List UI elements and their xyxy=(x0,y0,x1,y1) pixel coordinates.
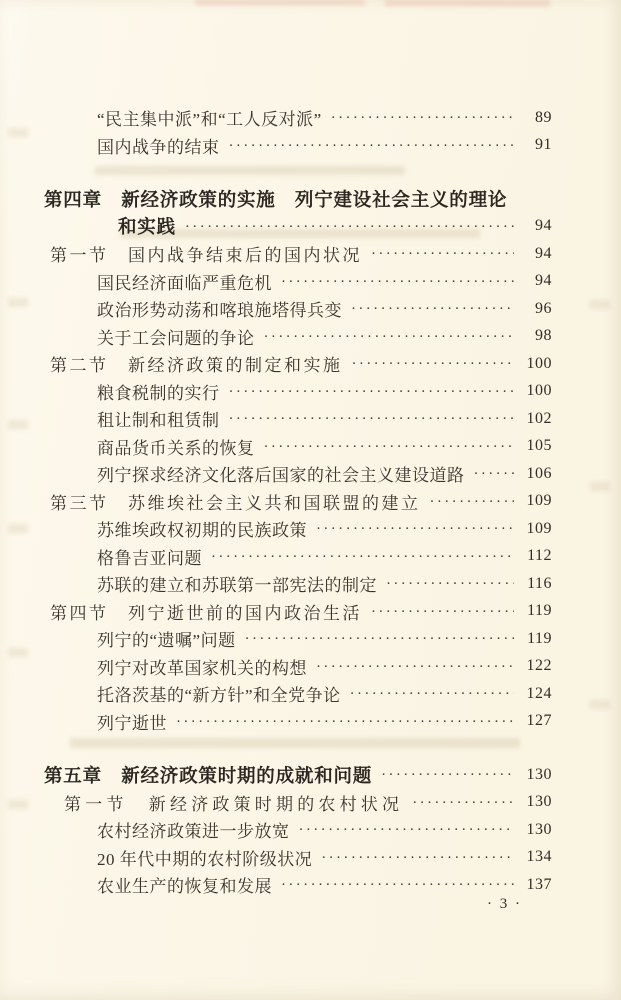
toc-entry-page: 94 xyxy=(522,272,552,290)
dot-leader: ········································… xyxy=(264,329,515,346)
toc-entry-title: 第五章 新经济政策时期的成就和问题 xyxy=(44,762,372,788)
dot-leader: ········································… xyxy=(350,686,514,703)
toc-row: “民主集中派”和“工人反对派” ························… xyxy=(0,104,621,132)
dot-leader: ········································… xyxy=(229,138,515,155)
toc-entry-page: 109 xyxy=(522,492,552,510)
toc-row: 第三节 苏维埃社会主义共和国联盟的建立 ····················… xyxy=(0,488,621,516)
toc-row: 第五章 新经济政策时期的成就和问题 ······················… xyxy=(0,761,621,789)
toc-entry-page: 122 xyxy=(522,657,552,675)
dot-leader: ········································… xyxy=(412,795,514,812)
dot-leader: ········································… xyxy=(386,576,514,593)
toc-row: 列宁逝世 ···································… xyxy=(0,708,621,736)
toc-entry-page: 94 xyxy=(522,217,552,235)
toc-entry-page: 112 xyxy=(522,547,552,565)
scanned-book-page: “民主集中派”和“工人反对派” ························… xyxy=(0,0,621,1000)
page-number: · 3 · xyxy=(487,896,522,912)
toc-entry-page: 106 xyxy=(522,465,552,483)
toc-row: 农村经济政策进一步放宽 ····························… xyxy=(0,816,621,844)
dot-leader: ········································… xyxy=(281,877,514,894)
toc-entry-title: “民主集中派”和“工人反对派” xyxy=(97,105,322,130)
toc-entry-title: 第四节 列宁逝世前的国内政治生活 xyxy=(50,599,362,624)
toc-entry-title: 列宁的“遗嘱”问题 xyxy=(97,626,236,651)
toc-entry-title: 列宁对改革国家机关的构想 xyxy=(97,654,307,679)
toc-row: 格鲁吉亚问题 ·································… xyxy=(0,543,621,571)
scan-artifact-top-left xyxy=(195,0,365,5)
toc-entry-title: 20 年代中期的农村阶级状况 xyxy=(97,845,312,870)
toc-entry-page: 130 xyxy=(522,793,552,811)
toc-entry-page: 98 xyxy=(522,327,552,345)
toc-row: 第二节 新经济政策的制定和实施 ························… xyxy=(0,350,621,378)
toc-entry-title: 粮食税制的实行 xyxy=(97,379,220,404)
toc-row: 粮食税制的实行 ································… xyxy=(0,378,621,406)
toc-row: 租让制和租赁制 ································… xyxy=(0,405,621,433)
toc-entry-title: 苏联的建立和苏联第一部宪法的制定 xyxy=(97,571,377,596)
dot-leader: ········································… xyxy=(371,604,514,621)
dot-leader: ········································… xyxy=(371,246,514,263)
dot-leader: ········································… xyxy=(316,521,514,538)
toc-entry-title: 第二节 新经济政策的制定和实施 xyxy=(50,351,343,376)
toc-entry-page: 102 xyxy=(522,410,552,428)
dot-leader: ········································… xyxy=(352,356,515,373)
toc-row: 商品货币关系的恢复 ······························… xyxy=(0,433,621,461)
toc-entry-title: 农业生产的恢复和发展 xyxy=(97,872,272,897)
toc-entry-title: 第一节 国内战争结束后的国内状况 xyxy=(50,241,362,266)
toc-entry-title: 政治形势动荡和喀琅施塔得兵变 xyxy=(97,296,342,321)
dot-leader: ········································… xyxy=(264,439,515,456)
toc-row: 列宁对改革国家机关的构想 ···························… xyxy=(0,653,621,681)
toc-entry-page: 127 xyxy=(522,712,552,730)
toc-entry-page: 130 xyxy=(522,766,552,784)
toc-entry-page: 109 xyxy=(522,520,552,538)
toc-entry-page: 89 xyxy=(522,109,552,127)
toc-entry-title: 托洛茨基的“新方针”和全党争论 xyxy=(97,681,341,706)
toc-entry-page: 137 xyxy=(522,876,552,894)
toc-entry-title: 苏维埃政权初期的民族政策 xyxy=(97,516,307,541)
toc-row: 第四章 新经济政策的实施 列宁建设社会主义的理论 xyxy=(0,185,621,213)
toc-entry-title: 第一节 新经济政策时期的农村状况 xyxy=(64,790,403,815)
toc-entry-title: 商品货币关系的恢复 xyxy=(97,434,255,459)
toc-row: 苏维埃政权初期的民族政策 ···························… xyxy=(0,515,621,543)
dot-leader: ········································… xyxy=(229,384,515,401)
toc-entry-page: 119 xyxy=(522,602,552,620)
dot-leader: ········································… xyxy=(316,659,514,676)
dot-leader: ········································… xyxy=(321,850,514,867)
toc-entry-page: 119 xyxy=(522,630,552,648)
toc-row: 农业生产的恢复和发展 ·····························… xyxy=(0,871,621,899)
toc-row: 关于工会问题的争论 ······························… xyxy=(0,323,621,351)
toc-row: 第一节 国内战争结束后的国内状况 ·······················… xyxy=(0,240,621,268)
toc-row: 和实践 ····································… xyxy=(0,213,621,241)
toc-row: 苏联的建立和苏联第一部宪法的制定 ·······················… xyxy=(0,570,621,598)
toc-entry-title: 第三节 苏维埃社会主义共和国联盟的建立 xyxy=(50,489,421,514)
dot-leader: ········································… xyxy=(351,301,514,318)
dot-leader: ········································… xyxy=(281,274,514,291)
toc-entry-title: 国内战争的结束 xyxy=(97,133,220,158)
dot-leader: ········································… xyxy=(229,411,515,428)
dot-leader: ········································… xyxy=(185,219,514,236)
toc-row: 第一节 新经济政策时期的农村状况 ·······················… xyxy=(0,789,621,817)
toc-entry-title: 和实践 xyxy=(118,213,176,239)
toc-row: 列宁探求经济文化落后国家的社会主义建设道路 ··················… xyxy=(0,460,621,488)
dot-leader: ········································… xyxy=(331,110,514,127)
toc-entry-title: 国民经济面临严重危机 xyxy=(97,269,272,294)
toc-entry-title: 第四章 新经济政策的实施 列宁建设社会主义的理论 xyxy=(44,186,507,212)
dot-leader: ········································… xyxy=(299,822,515,839)
scan-artifact-top-right xyxy=(385,0,550,6)
toc-entry-title: 租让制和租赁制 xyxy=(97,406,220,431)
toc-row: 20 年代中期的农村阶级状况 ·························… xyxy=(0,844,621,872)
toc-entry-title: 列宁逝世 xyxy=(97,709,167,734)
toc-entry-title: 列宁探求经济文化落后国家的社会主义建设道路 xyxy=(97,461,465,486)
toc-entry-page: 91 xyxy=(522,136,552,154)
toc-entry-page: 124 xyxy=(522,685,552,703)
dot-leader: ········································… xyxy=(245,631,514,648)
toc-row: 托洛茨基的“新方针”和全党争论 ························… xyxy=(0,680,621,708)
dot-leader: ········································… xyxy=(211,549,514,566)
toc-entry-page: 96 xyxy=(522,300,552,318)
toc-entry-title: 关于工会问题的争论 xyxy=(97,324,255,349)
toc-row: 政治形势动荡和喀琅施塔得兵变 ·························… xyxy=(0,295,621,323)
page-number-footer: · 3 · xyxy=(487,896,522,913)
dot-leader: ········································… xyxy=(430,494,515,511)
toc-entry-page: 134 xyxy=(522,848,552,866)
toc-row: 国民经济面临严重危机 ·····························… xyxy=(0,268,621,296)
dot-leader: ········································… xyxy=(176,714,514,731)
toc-row: 第四节 列宁逝世前的国内政治生活 ·······················… xyxy=(0,598,621,626)
toc-entry-page: 116 xyxy=(522,575,552,593)
toc-entry-title: 农村经济政策进一步放宽 xyxy=(97,817,290,842)
dot-leader: ········································… xyxy=(474,466,515,483)
toc-entry-page: 100 xyxy=(522,382,552,400)
toc-entry-page: 105 xyxy=(522,437,552,455)
toc-row: 国内战争的结束 ································… xyxy=(0,132,621,160)
toc-entry-page: 130 xyxy=(522,821,552,839)
toc-entry-page: 100 xyxy=(522,355,552,373)
toc-entry-title: 格鲁吉亚问题 xyxy=(97,544,202,569)
toc-list: “民主集中派”和“工人反对派” ························… xyxy=(0,104,621,899)
toc-entry-page: 94 xyxy=(522,245,552,263)
dot-leader: ········································… xyxy=(381,767,514,784)
toc-row: 列宁的“遗嘱”问题 ······························… xyxy=(0,625,621,653)
